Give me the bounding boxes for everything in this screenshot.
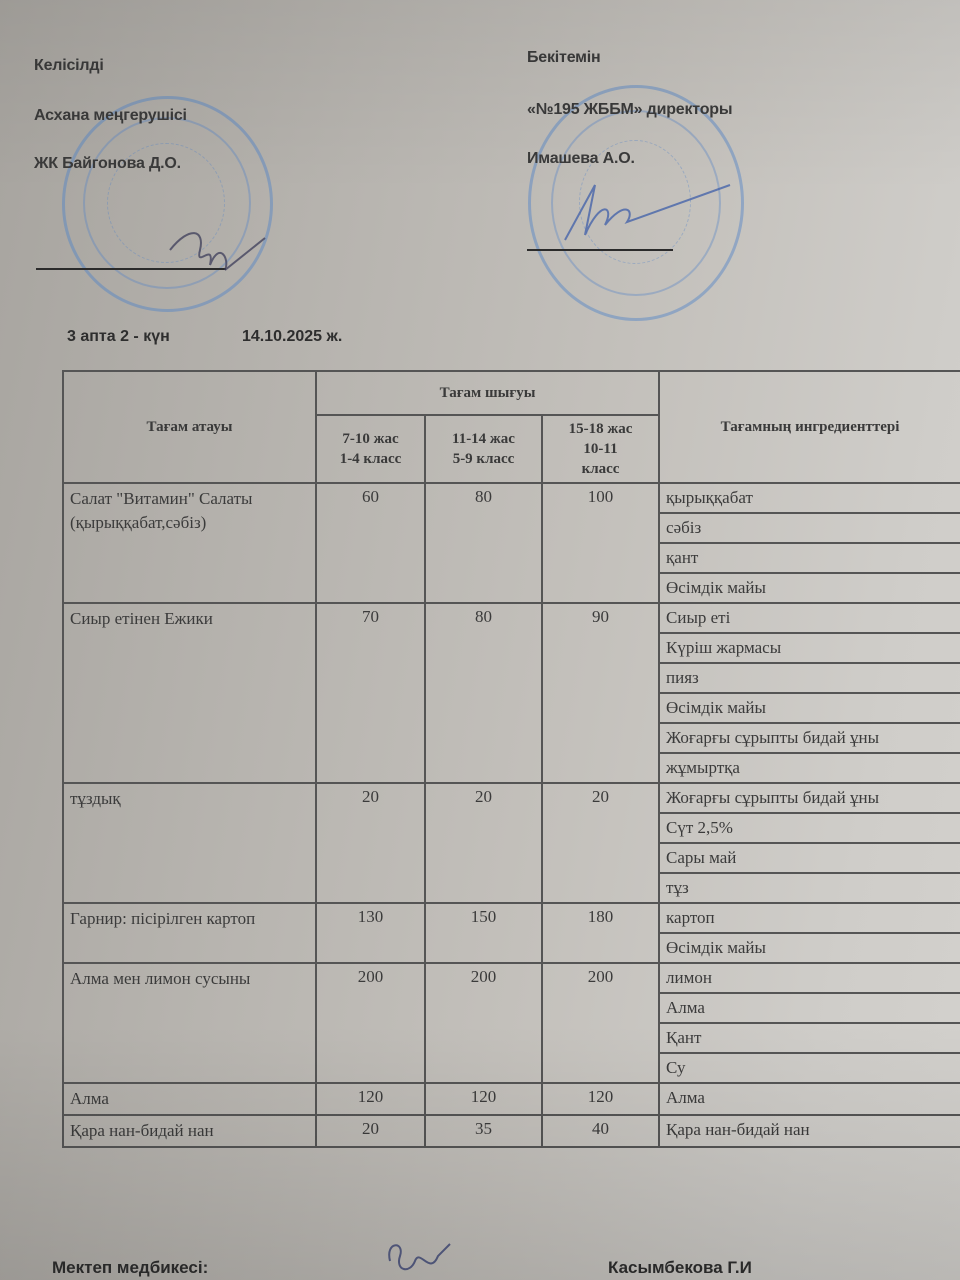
portion-value: 20 xyxy=(316,1115,425,1147)
dish-name: Сиыр етінен Ежики xyxy=(63,603,316,783)
ingredient: сәбіз xyxy=(659,513,960,543)
portion-value: 70 xyxy=(316,603,425,783)
ingredient: Алма xyxy=(659,993,960,1023)
week-day: 3 апта 2 - күн xyxy=(67,328,170,346)
header-age-15-18: 15-18 жас10-11класс xyxy=(542,415,659,483)
table-row: Салат "Витамин" Салаты (қырыққабат,сәбіз… xyxy=(63,483,960,513)
portion-value: 60 xyxy=(316,483,425,603)
approval-left-name: ЖК Байгонова Д.О. xyxy=(34,155,181,173)
approval-left-position: Асхана меңгерушісі xyxy=(34,107,187,125)
nurse-name: Касымбекова Г.И xyxy=(608,1258,752,1278)
nurse-role: Мектеп медбикесі: xyxy=(52,1258,208,1278)
ingredient: Сиыр еті xyxy=(659,603,960,633)
ingredient: тұз xyxy=(659,873,960,903)
ingredient: Сары май xyxy=(659,843,960,873)
portion-value: 20 xyxy=(425,783,542,903)
portion-value: 20 xyxy=(542,783,659,903)
dish-name: Қара нан-бидай нан xyxy=(63,1115,316,1147)
portion-value: 200 xyxy=(425,963,542,1083)
ingredient: Алма xyxy=(659,1083,960,1115)
menu-table: Тағам атауы Тағам шығуы Тағамның ингреди… xyxy=(62,370,960,1148)
ingredient: Күріш жармасы xyxy=(659,633,960,663)
ingredient: қырыққабат xyxy=(659,483,960,513)
ingredient: Өсімдік майы xyxy=(659,933,960,963)
table-row: Қара нан-бидай нан203540Қара нан-бидай н… xyxy=(63,1115,960,1147)
portion-value: 200 xyxy=(542,963,659,1083)
table-row: Алма мен лимон сусыны200200200лимон xyxy=(63,963,960,993)
menu-date: 14.10.2025 ж. xyxy=(242,328,342,346)
dish-name: Алма мен лимон сусыны xyxy=(63,963,316,1083)
header-portion: Тағам шығуы xyxy=(316,371,659,415)
dish-name: тұздық xyxy=(63,783,316,903)
approval-right-title: Бекітемін xyxy=(527,49,601,67)
table-row: Сиыр етінен Ежики708090Сиыр еті xyxy=(63,603,960,633)
approval-right-name: Имашева А.О. xyxy=(527,150,635,168)
ingredient: Сүт 2,5% xyxy=(659,813,960,843)
portion-value: 130 xyxy=(316,903,425,963)
portion-value: 90 xyxy=(542,603,659,783)
dish-name: Салат "Витамин" Салаты (қырыққабат,сәбіз… xyxy=(63,483,316,603)
ingredient: қант xyxy=(659,543,960,573)
dish-name: Алма xyxy=(63,1083,316,1115)
portion-value: 20 xyxy=(316,783,425,903)
portion-value: 120 xyxy=(316,1083,425,1115)
portion-value: 120 xyxy=(425,1083,542,1115)
approval-right-position: «№195 ЖББМ» директоры xyxy=(527,101,732,119)
table-row: Гарнир: пісірілген картоп130150180картоп xyxy=(63,903,960,933)
dish-name: Гарнир: пісірілген картоп xyxy=(63,903,316,963)
portion-value: 120 xyxy=(542,1083,659,1115)
ingredient: Су xyxy=(659,1053,960,1083)
approval-left-title: Келісілді xyxy=(34,57,104,75)
ingredient: картоп xyxy=(659,903,960,933)
ingredient: лимон xyxy=(659,963,960,993)
portion-value: 80 xyxy=(425,603,542,783)
header-age-11-14: 11-14 жас5-9 класс xyxy=(425,415,542,483)
portion-value: 35 xyxy=(425,1115,542,1147)
portion-value: 150 xyxy=(425,903,542,963)
signature-left-icon xyxy=(160,220,270,285)
ingredient: Өсімдік майы xyxy=(659,573,960,603)
portion-value: 100 xyxy=(542,483,659,603)
table-row: Алма120120120Алма xyxy=(63,1083,960,1115)
ingredient: Өсімдік майы xyxy=(659,693,960,723)
ingredient: Қант xyxy=(659,1023,960,1053)
header-age-7-10: 7-10 жас1-4 класс xyxy=(316,415,425,483)
ingredient: Жоғарғы сұрыпты бидай ұны xyxy=(659,783,960,813)
ingredient: пияз xyxy=(659,663,960,693)
portion-value: 40 xyxy=(542,1115,659,1147)
header-dish-name: Тағам атауы xyxy=(63,371,316,483)
portion-value: 180 xyxy=(542,903,659,963)
signature-nurse-icon xyxy=(380,1236,460,1280)
portion-value: 200 xyxy=(316,963,425,1083)
ingredient: Жоғарғы сұрыпты бидай ұны xyxy=(659,723,960,753)
header-ingredients: Тағамның ингредиенттері xyxy=(659,371,960,483)
ingredient: жұмыртқа xyxy=(659,753,960,783)
table-row: тұздық202020Жоғарғы сұрыпты бидай ұны xyxy=(63,783,960,813)
portion-value: 80 xyxy=(425,483,542,603)
ingredient: Қара нан-бидай нан xyxy=(659,1115,960,1147)
signature-right-icon xyxy=(555,180,735,255)
